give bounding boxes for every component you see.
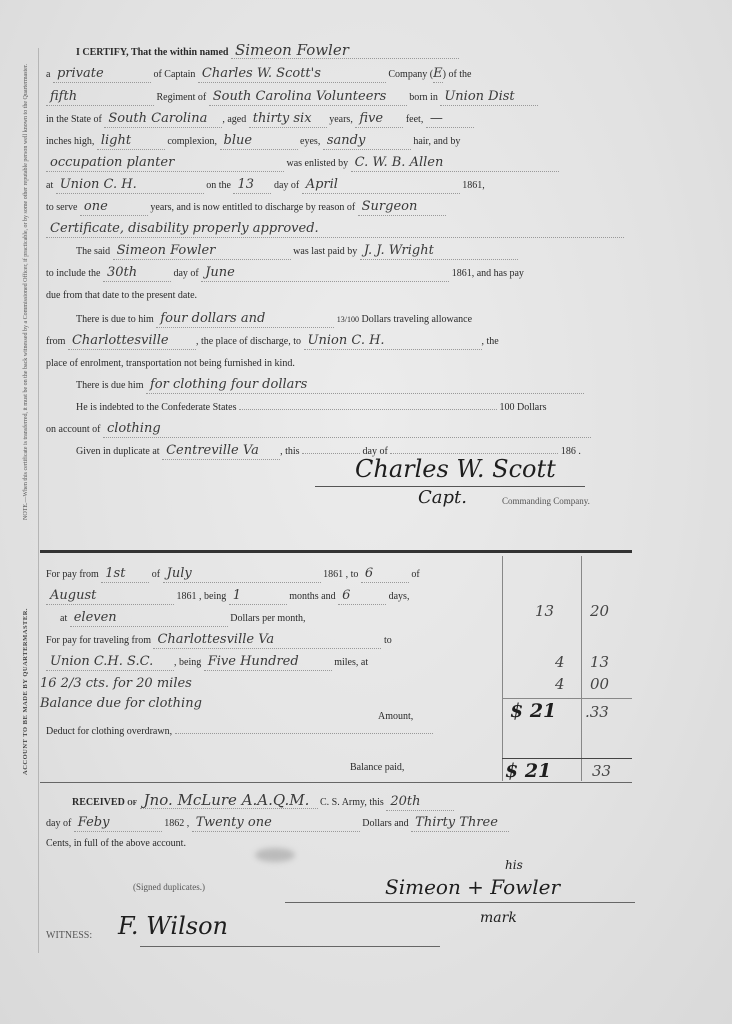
given-at: Centreville Va [162,443,280,460]
deduct-amount [175,733,433,734]
clothing-due: for clothing four dollars [146,377,584,394]
pay-period-line: August 1861 , being 1 months and 6 days, [46,587,496,607]
regiment-line: fifth Regiment of South Carolina Volunte… [46,88,636,108]
travel-due-line: There is due to him four dollars and 13/… [76,310,666,330]
discharge-reason-1: Surgeon [358,199,446,216]
soldier-name: Simeon Fowler [231,42,459,59]
cents-column-rule [581,556,582,781]
amount-rule [502,698,632,699]
section-divider [40,550,632,553]
miles: Five Hundred [204,654,332,671]
term-line: to serve one years, and is now entitled … [46,198,636,218]
travel-from: Charlottesville Va [153,632,381,649]
his-label: his [505,858,523,872]
enlisted-by: C. W. B. Allen [351,155,559,172]
enlist-day: 13 [233,177,271,194]
description-line: inches high, light complexion, blue eyes… [46,132,636,152]
travel-dollars: 4 [555,653,565,671]
reason-line: Certificate, disability properly approve… [46,220,636,240]
discharge-reason-2: Certificate, disability properly approve… [46,221,624,238]
rate: eleven [70,610,228,627]
indebted-for: clothing [103,421,591,438]
paid-by: J. J. Wright [360,243,518,260]
receipt-dollars: Twenty one [192,815,360,832]
term: one [80,199,148,216]
balance-dollars: $ 21 [505,760,551,782]
discharge-place-line: from Charlottesville, the place of disch… [46,332,636,352]
balance-cents: 33 [592,762,611,780]
paid-day: 30th [103,265,171,282]
discharge-place: Charlottesville [68,333,196,350]
receipt-day: 20th [386,794,454,811]
mark-signature-line [285,902,635,903]
balance-rule [502,758,632,759]
witness-line [140,946,440,947]
commanding-label: Commanding Company. [502,496,590,506]
enrolment-line: place of enrolment, transportation not b… [46,354,636,374]
clothing-cents: 00 [590,675,609,693]
months: 1 [229,588,287,605]
side-note: NOTE.—When this certificate is transferr… [22,50,30,520]
height-feet: five [355,111,403,128]
captain-title: Capt. [418,487,467,508]
per-mile-line: 16 2/3 cts. for 20 miles [36,675,486,695]
company-letter: E [433,66,443,83]
age: thirty six [249,111,327,128]
margin-rule [38,48,39,953]
last-paid-line: The said Simeon Fowler was last paid by … [76,242,666,262]
days: 6 [338,588,386,605]
pay-due-line: due from that date to the present date. [46,286,636,306]
pay-from-month: July [163,566,321,583]
received-of: Jno. McLure A.A.Q.M. [140,792,318,809]
indebted-line: He is indebted to the Confederate States… [76,398,666,418]
state-line: in the State of South Carolina, aged thi… [46,110,636,130]
enrol-place: Union C. H. [304,333,482,350]
mark-label: mark [480,910,517,926]
hair: sandy [323,133,411,150]
signed-duplicates: (Signed duplicates.) [133,882,205,892]
height-inches: — [426,111,474,128]
indebted-amount [239,409,497,410]
amount-dollars: $ 21 [510,700,556,722]
clothing-dollars: 4 [555,675,565,693]
complexion: light [97,133,165,150]
receipt-amount-line: day of Feby 1862 , Twenty one Dollars an… [46,814,686,834]
clothing-due-line: There is due him for clothing four dolla… [76,376,666,396]
per-mile: 16 2/3 cts. for 20 miles [36,676,244,692]
said-name: Simeon Fowler [113,243,291,260]
received-line: RECEIVED of Jno. McLure A.A.Q.M. C. S. A… [72,792,672,812]
receipt-divider [40,782,632,783]
eyes: blue [220,133,298,150]
enlisted-line: occupation planter was enlisted by C. W.… [46,154,636,174]
given-month [390,453,558,454]
include-line: to include the 30th day of June 1861, an… [46,264,636,284]
ink-smudge [255,848,295,862]
birthplace: Union Dist [440,89,538,106]
pay-to-day: 6 [361,566,409,583]
account-side-note: ACCOUNT TO BE MADE BY QUARTERMASTER. [22,608,29,775]
receipt-cents: Thirty Three [411,815,509,832]
occupation: occupation planter [46,155,284,172]
pay-to-month: August [46,588,174,605]
clothing-balance: Balance due for clothing [36,696,344,712]
pay-cents: 20 [590,602,609,620]
pay-from-line: For pay from 1st of July 1861 , to 6 of [46,565,496,585]
rank-line: a private of Captain Charles W. Scott's … [46,65,636,85]
witness-signature: F. Wilson [118,912,228,940]
travel-due: four dollars and [156,311,334,328]
travel-to: Union C.H. S.C. [46,654,174,671]
rank: private [53,66,151,83]
rate-line: at eleven Dollars per month, [60,609,490,629]
enlist-place: Union C. H. [56,177,204,194]
pay-dollars: 13 [535,602,554,620]
soldier-mark-signature: Simeon + Fowler [385,875,560,899]
travel-miles-line: Union C.H. S.C., being Five Hundred mile… [46,653,496,673]
captain-name: Charles W. Scott's [198,66,386,83]
enlist-place-line: at Union C. H. on the 13 day of April 18… [46,176,636,196]
certify-line: I CERTIFY, That the within named Simeon … [76,42,666,62]
pay-from-day: 1st [101,566,149,583]
travel-cents: 13 [590,653,609,671]
regiment-name: South Carolina Volunteers [209,89,407,106]
dollars-column-rule [502,556,503,781]
captain-signature: Charles W. Scott [355,455,556,483]
state: South Carolina [104,111,222,128]
full-account-line: Cents, in full of the above account. [46,834,636,854]
enlist-month: April [302,177,460,194]
witness-label: WITNESS: [46,930,92,941]
deduct-line: Deduct for clothing overdrawn, [46,722,496,742]
given-day [302,453,360,454]
receipt-month: Feby [74,815,162,832]
account-of-line: on account of clothing [46,420,636,440]
balance-paid-label: Balance paid, [350,758,450,778]
paid-month: June [201,265,449,282]
travel-from-line: For pay for traveling from Charlottesvil… [46,631,496,651]
amount-cents: .33 [585,703,609,721]
regiment-number: fifth [46,89,154,106]
